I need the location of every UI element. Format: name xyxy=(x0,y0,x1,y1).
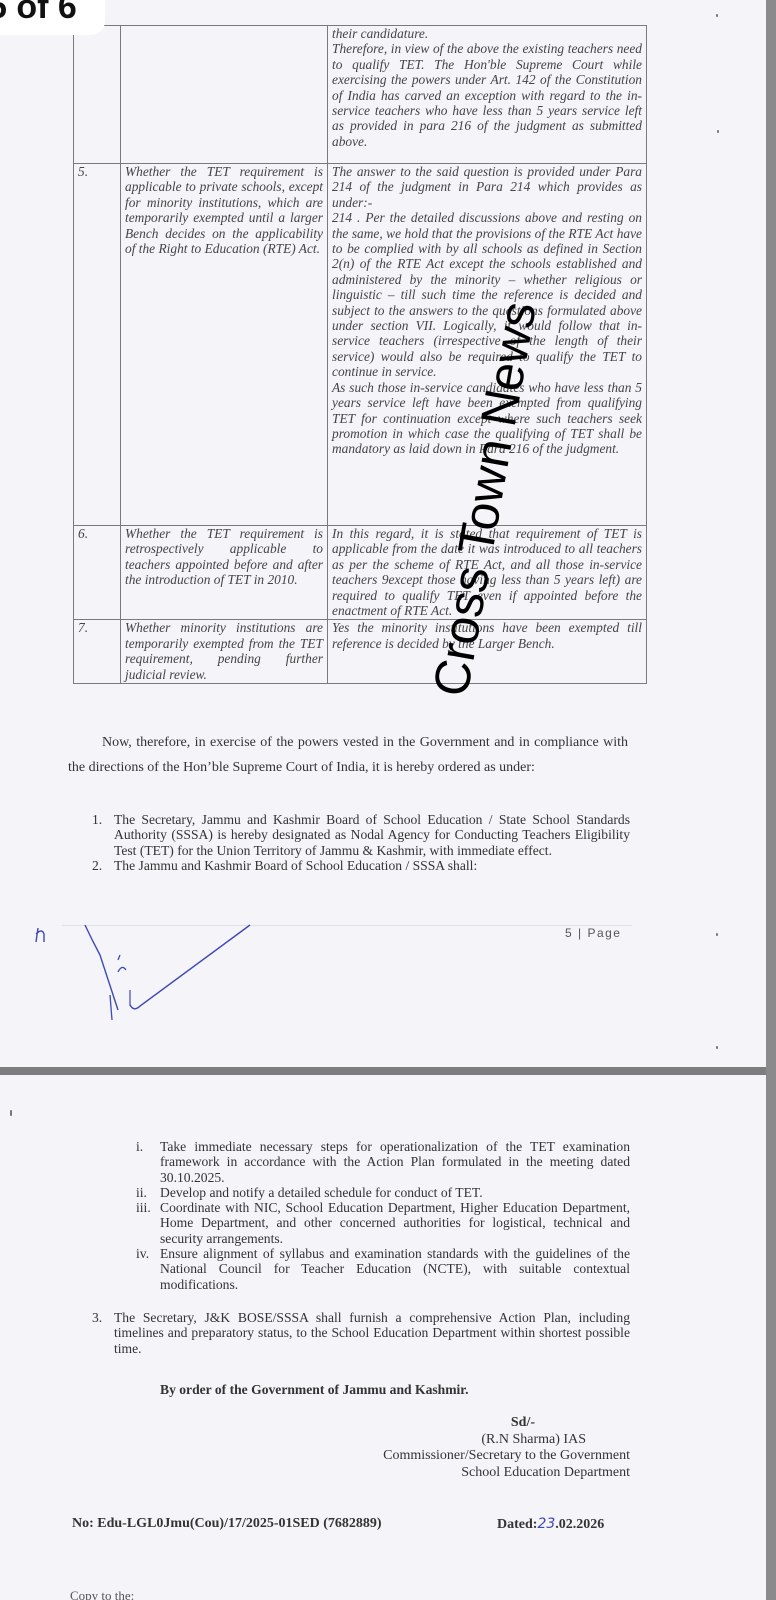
list-item-text: Develop and notify a detailed schedule f… xyxy=(160,1185,483,1200)
list-item-text: Take immediate necessary steps for opera… xyxy=(160,1139,630,1185)
question-cell: Whether minority institutions are tempor… xyxy=(121,620,328,684)
scan-speck xyxy=(716,14,718,17)
scan-speck xyxy=(716,933,718,936)
dated-rest: .02.2026 xyxy=(555,1517,604,1532)
signed-mark: Sd/- xyxy=(320,1415,630,1432)
answer-paragraph: their candidature. xyxy=(332,26,642,41)
order-list-page5: 1.The Secretary, Jammu and Kashmir Board… xyxy=(92,812,630,873)
sub-item-list: i.Take immediate necessary steps for ope… xyxy=(136,1139,630,1292)
question-cell: Whether the TET requirement is retrospec… xyxy=(121,526,328,620)
table-row: 6.Whether the TET requirement is retrosp… xyxy=(74,526,647,620)
dated-label: Dated: xyxy=(497,1517,537,1532)
list-item-number: ii. xyxy=(136,1185,147,1200)
order-intro-text: Now, therefore, in exercise of the power… xyxy=(68,735,628,775)
viewer-scroll-edge[interactable] xyxy=(766,0,776,1600)
question-cell: Whether the TET requirement is applicabl… xyxy=(121,164,328,526)
list-item-number: 3. xyxy=(92,1310,102,1325)
scan-speck xyxy=(716,1046,718,1049)
reference-date: Dated:23.02.2026 xyxy=(497,1516,604,1533)
list-item: 3.The Secretary, J&K BOSE/SSSA shall fur… xyxy=(92,1310,630,1356)
list-item-text: The Secretary, Jammu and Kashmir Board o… xyxy=(114,812,630,858)
by-order-line: By order of the Government of Jammu and … xyxy=(160,1382,469,1398)
scan-speck xyxy=(10,1110,12,1116)
row-number: 6. xyxy=(74,526,121,620)
list-item-text: The Jammu and Kashmir Board of School Ed… xyxy=(114,858,477,873)
list-item: ii.Develop and notify a detailed schedul… xyxy=(136,1185,630,1200)
list-item-number: iv. xyxy=(136,1246,149,1261)
row-number xyxy=(74,26,121,164)
order-intro-paragraph: Now, therefore, in exercise of the power… xyxy=(68,730,628,780)
list-item-text: Ensure alignment of syllabus and examina… xyxy=(160,1246,630,1292)
document-page-5: 5 of 6 their candidature.Therefore, in v… xyxy=(0,0,766,1067)
scan-speck xyxy=(717,130,719,133)
table-row: 5.Whether the TET requirement is applica… xyxy=(74,164,647,526)
page-number: 5 | Page xyxy=(565,926,621,940)
signatory-department: School Education Department xyxy=(320,1465,630,1482)
handwritten-day: 23 xyxy=(537,1516,555,1532)
signature-block: Sd/- (R.N Sharma) IAS Commissioner/Secre… xyxy=(320,1415,630,1481)
list-item: i.Take immediate necessary steps for ope… xyxy=(136,1139,630,1185)
page-indicator: 5 of 6 xyxy=(0,0,105,35)
list-item-text: The Secretary, J&K BOSE/SSSA shall furni… xyxy=(114,1310,630,1356)
list-item: iv.Ensure alignment of syllabus and exam… xyxy=(136,1246,630,1292)
list-item: iii.Coordinate with NIC, School Educatio… xyxy=(136,1200,630,1246)
list-item-number: 1. xyxy=(92,812,102,827)
list-item-text: Coordinate with NIC, School Education De… xyxy=(160,1200,630,1246)
copy-to-line: Copy to the: xyxy=(70,1588,134,1600)
table-row: 7.Whether minority institutions are temp… xyxy=(74,620,647,684)
reference-number: No: Edu-LGL0Jmu(Cou)/17/2025-01SED (7682… xyxy=(72,1516,382,1532)
handwritten-signature-icon xyxy=(30,920,260,1040)
row-number: 7. xyxy=(74,620,121,684)
order-list-page6: 3.The Secretary, J&K BOSE/SSSA shall fur… xyxy=(92,1310,630,1356)
row-number: 5. xyxy=(74,164,121,526)
list-item: 1.The Secretary, Jammu and Kashmir Board… xyxy=(92,812,630,858)
answer-cell: their candidature.Therefore, in view of … xyxy=(328,26,647,164)
answer-paragraph: The answer to the said question is provi… xyxy=(332,164,642,210)
list-item-number: i. xyxy=(136,1139,143,1154)
table-row: their candidature.Therefore, in view of … xyxy=(74,26,647,164)
answer-paragraph: Therefore, in view of the above the exis… xyxy=(332,41,642,149)
list-item-number: 2. xyxy=(92,858,102,873)
question-cell xyxy=(121,26,328,164)
list-item-number: iii. xyxy=(136,1200,151,1215)
list-item: 2.The Jammu and Kashmir Board of School … xyxy=(92,858,630,873)
qa-table: their candidature.Therefore, in view of … xyxy=(73,25,647,684)
signatory-name: (R.N Sharma) IAS xyxy=(320,1432,630,1449)
signatory-designation: Commissioner/Secretary to the Government xyxy=(320,1448,630,1465)
